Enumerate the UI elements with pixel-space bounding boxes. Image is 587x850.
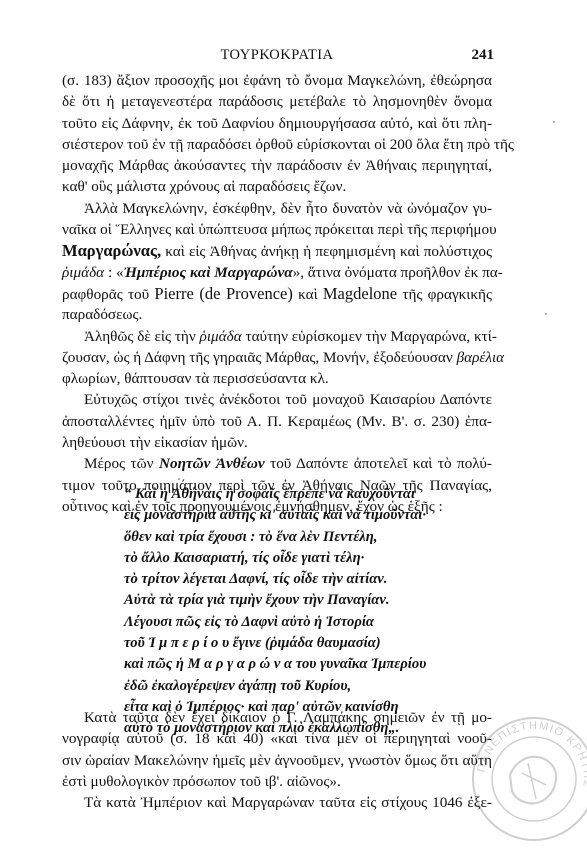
latin-name-magdelone: Magdelone (323, 284, 397, 303)
paragraph-6: Κατὰ ταῦτα δὲν ἔχει δίκαιον ὁ Γ. Λαμπάκη… (62, 707, 492, 792)
poem-line: ὅθεν καὶ τρία ἔχουσι : τὸ ἕνα λὲν Πεντέλ… (124, 527, 464, 548)
scan-speck (553, 121, 555, 123)
text-line: ἐστὶ μυθολογικὸν πρόσωπον τοῦ ιβ'. αἰῶνο… (62, 771, 492, 792)
running-head: ΤΟΥΡΚΟΚΡΑΤΙΑ 241 (62, 47, 492, 67)
text-fragment: : « (104, 264, 123, 281)
poem-line: Αὐτὰ τὰ τρία γιὰ τιμὴν ἔχουν τὴν Παναγία… (124, 590, 464, 611)
text-line: ληθεύουσι τὴν εἰκασίαν ἡμῶν. (62, 432, 492, 453)
text-fragment: Μέρος τῶν (84, 455, 159, 472)
library-seal-icon: ΠΑΝΕΠΙΣΤΗΜΙΟ ΚΡΗΤΗΣ (470, 715, 587, 843)
italic-title: Ἠμπέριος καὶ Μαργαρώνα (124, 264, 293, 281)
text-line: ῥιμάδα : «Ἠμπέριος καὶ Μαργαρώνα», ἅτινα… (62, 262, 492, 283)
text-line: Τὰ κατὰ Ἠμπέριον καὶ Μαργαρώναν ταῦτα εἰ… (62, 792, 492, 813)
text-fragment: ραφθορᾶς τοῦ (62, 286, 154, 303)
paragraph-4: Εὐτυχῶς στίχοι τινὲς ἀνέκδοτοι τοῦ μοναχ… (62, 389, 492, 453)
text-line: Ἀλλὰ Μαγκελώνην, ἐσκέφθην, δὲν ἦτο δυνατ… (62, 198, 492, 219)
text-line: Κατὰ ταῦτα δὲν ἔχει δίκαιον ὁ Γ. Λαμπάκη… (62, 707, 492, 728)
seal-graphic: ΠΑΝΕΠΙΣΤΗΜΙΟ ΚΡΗΤΗΣ (470, 715, 587, 843)
poem-line: εἰς μοναστήρια αὐτῆς κι' αὐταῖς καὶ νὰ τ… (124, 505, 464, 526)
italic-word: ῥιμάδα (200, 328, 242, 345)
poem-line: τὸ ἄλλο Καισαριατή, τίς οἶδε γιατὶ τέλη· (124, 548, 464, 569)
text-fragment: τοῦ Δαπόντε ἀποτελεῖ καὶ τὸ πολύ- (265, 455, 492, 472)
text-fragment: ζουσαν, ὡς ἡ Δάφνη τῆς γηραιᾶς Μάρθας, Μ… (62, 349, 457, 366)
italic-word: ῥιμάδα (62, 264, 104, 281)
paragraph-7: Τὰ κατὰ Ἠμπέριον καὶ Μαργαρώναν ταῦτα εἰ… (62, 792, 492, 813)
scanned-book-page: ΤΟΥΡΚΟΚΡΑΤΙΑ 241 (σ. 183) ἄξιον προσοχῆς… (0, 0, 587, 850)
after-poem-text: Κατὰ ταῦτα δὲν ἔχει δίκαιον ὁ Γ. Λαμπάκη… (62, 707, 492, 813)
text-line: Μαργαρώνας, καὶ εἰς Ἀθήνας ἀνήκῃ ἡ πεφημ… (62, 240, 492, 261)
text-fragment: τῆς φραγκικῆς (397, 286, 492, 303)
text-line: καθ' οὓς μάλιστα χρόνους αἱ παραδόσεις ἔ… (62, 176, 492, 197)
poem-line: τὸ τρίτον λέγεται Δαφνί, τίς οἶδε τὴν αἰ… (124, 569, 464, 590)
text-line: ραφθορᾶς τοῦ Pierre (de Provence) καὶ Ma… (62, 283, 492, 304)
scan-speck (545, 313, 547, 315)
text-line: ἀποσταλλέντες ἡμῖν ὑπὸ τοῦ Α. Π. Κεραμέω… (62, 411, 492, 432)
text-fragment: καὶ (293, 286, 323, 303)
text-fragment: ταύτην εὑρίσκομεν τὴν Μαργαρώνα, κτί- (242, 328, 497, 345)
latin-name-pierre: Pierre (de Provence) (154, 284, 292, 303)
text-line: ζουσαν, ὡς ἡ Δάφνη τῆς γηραιᾶς Μάρθας, Μ… (62, 347, 492, 368)
body-text: (σ. 183) ἄξιον προσοχῆς μοι ἐφάνη τὸ ὄνο… (62, 70, 492, 517)
text-line: σιν ὡραίαν Μακελώνην ἡμεῖς μὲν ἀγνοοῦμεν… (62, 750, 492, 771)
text-line: Ἀληθῶς δὲ εἰς τὴν ῥιμάδα ταύτην εὑρίσκομ… (62, 326, 492, 347)
text-fragment: Ἀληθῶς δὲ εἰς τὴν (84, 328, 200, 345)
text-line: Εὐτυχῶς στίχοι τινὲς ἀνέκδοτοι τοῦ μοναχ… (62, 389, 492, 410)
paragraph-2: Ἀλλὰ Μαγκελώνην, ἐσκέφθην, δὲν ἦτο δυνατ… (62, 198, 492, 326)
text-line: ναῖκα οἱ Ἕλληνες καὶ ὑπώπτευσα μήπως πρό… (62, 219, 492, 240)
italic-word: βαρέλια (457, 349, 505, 366)
text-line: νογραφίᾳ αὐτοῦ (σ. 18 καὶ 40) «καὶ τίνα … (62, 728, 492, 749)
text-line: σιέστερον τοῦ ἐν τῇ παραδόσει ὀρθοῦ εὑρί… (62, 134, 492, 155)
poem-line: ἐδῶ ἐκαλογέρεψεν ἀγάπῃ τοῦ Κυρίου, (124, 676, 464, 697)
text-line: Μέρος τῶν Νοητῶν Ἀνθέων τοῦ Δαπόντε ἀποτ… (62, 453, 492, 474)
paragraph-1: (σ. 183) ἄξιον προσοχῆς μοι ἐφάνη τὸ ὄνο… (62, 70, 492, 198)
italic-title: Νοητῶν Ἀνθέων (159, 455, 265, 472)
text-line: φλωρίων, θάπτουσαν τὰ περισσεύσαντα κλ. (62, 368, 492, 389)
page-number: 241 (472, 47, 495, 64)
poem-line: Λέγουσι πῶς εἰς τὸ Δαφνὶ αὐτὸ ἡ Ἱστορία (124, 612, 464, 633)
text-line: (σ. 183) ἄξιον προσοχῆς μοι ἐφάνη τὸ ὄνο… (62, 70, 492, 91)
text-fragment: », ἅτινα ὀνόματα προῆλθον ἐκ πα- (293, 264, 503, 281)
paragraph-3: Ἀληθῶς δὲ εἰς τὴν ῥιμάδα ταύτην εὑρίσκομ… (62, 326, 492, 390)
poem-line: τοῦ Ἰ μ π ε ρ ί ο υ ἔγινε (ῥιμάδα θαυμασ… (124, 633, 464, 654)
poem-line: “ Καὶ ἡ Ἀθήναις ἡ σοφαῖς ἔπρεπε νὰ καυχο… (124, 484, 464, 505)
text-line: τοῦτο εἰς Δάφνην, ἐκ τοῦ Δαφνίου δημιουρ… (62, 113, 492, 134)
text-line: δὲ ὅτι ἡ μεταγενεστέρα παράδοσις μετέβαλ… (62, 91, 492, 112)
text-fragment: καὶ εἰς Ἀθήνας ἀνήκῃ ἡ πεφημισμένη καὶ π… (161, 243, 492, 260)
text-line: παραδόσεως. (62, 304, 492, 325)
poem-block: “ Καὶ ἡ Ἀθήναις ἡ σοφαῖς ἔπρεπε νὰ καυχο… (124, 484, 464, 740)
text-line: μοναχῆς Μάρθας ἀκούσαντες τὴν παράδοσιν … (62, 155, 492, 176)
running-title: ΤΟΥΡΚΟΚΡΑΤΙΑ (62, 47, 492, 64)
scan-speck (178, 478, 180, 480)
poem-line: καὶ πῶς ἡ Μ α ρ γ α ρ ώ ν α του γυναῖκα … (124, 654, 464, 675)
bold-name-margarona: Μαργαρώνας, (62, 241, 161, 260)
